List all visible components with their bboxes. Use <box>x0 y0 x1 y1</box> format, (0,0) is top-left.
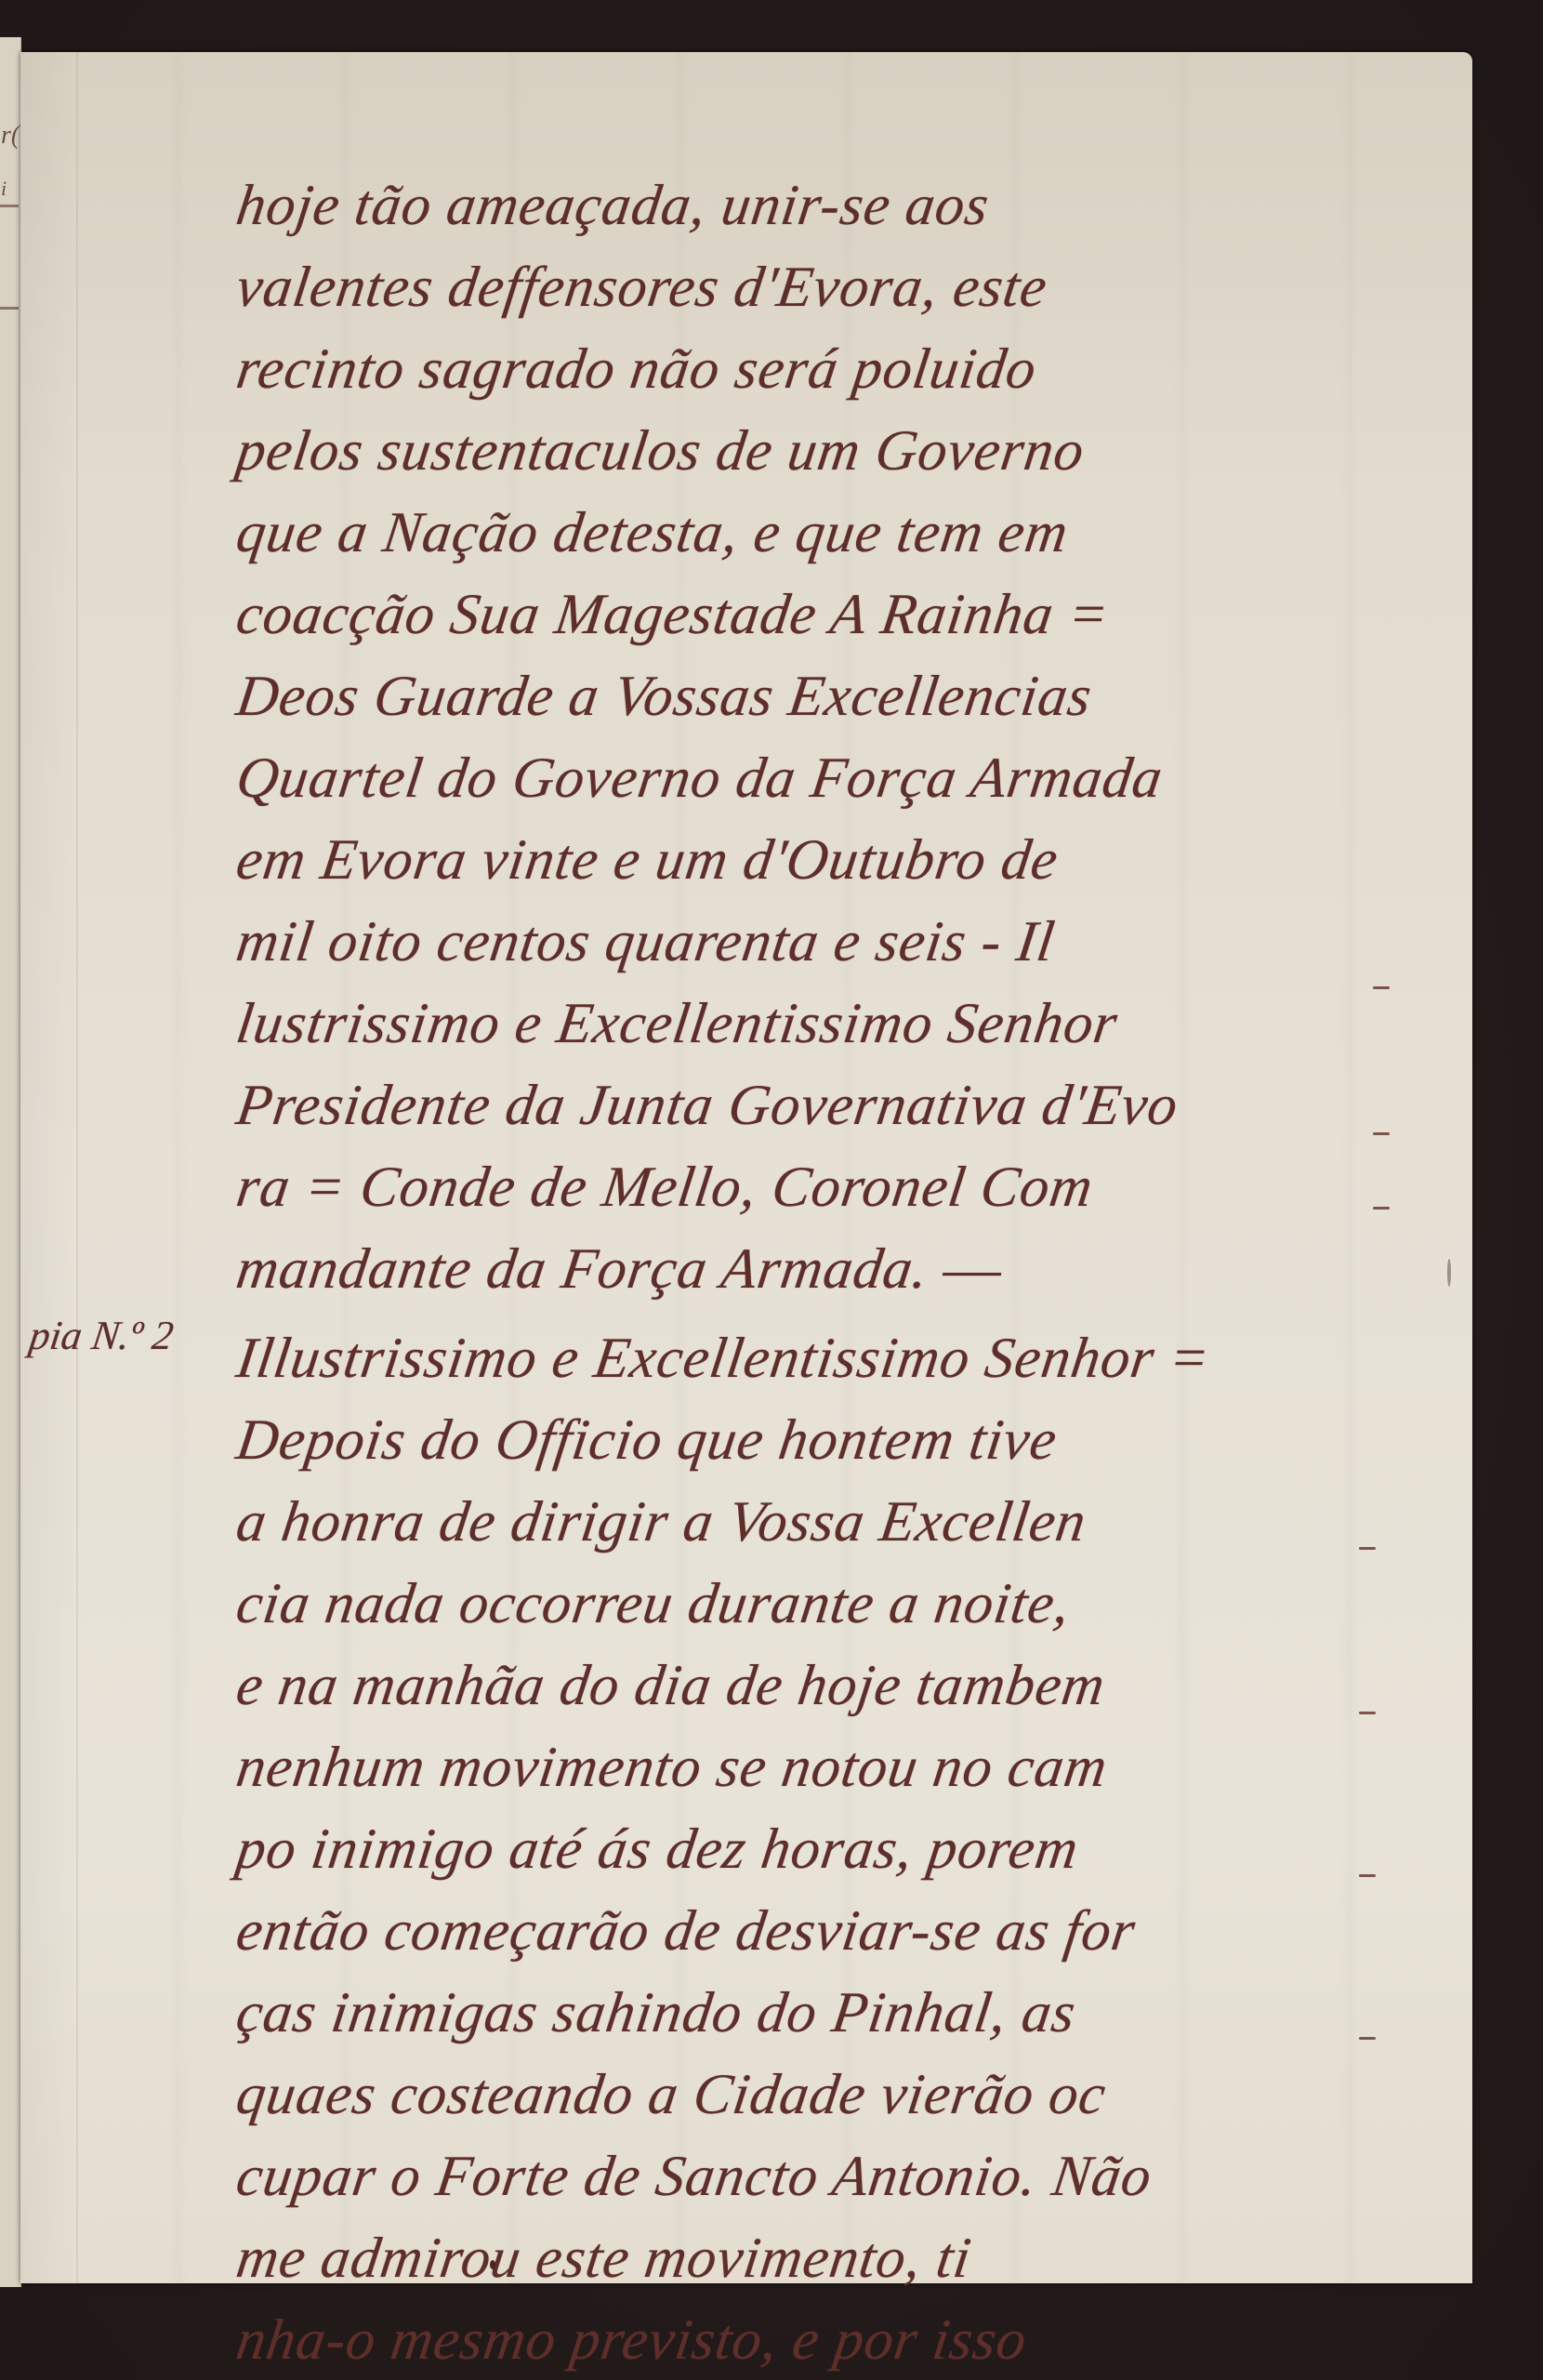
manuscript-line: mandante da Força Armada. ― <box>232 1236 1007 1302</box>
manuscript-line: e na manhãa do dia de hoje tambem <box>232 1653 1110 1719</box>
margin-note-copy-number: pia N.º 2 <box>26 1312 176 1359</box>
manuscript-line: nenhum movimento se notou no cam <box>232 1735 1112 1801</box>
manuscript-page: hoje tão ameaçada, unir-se aos valentes … <box>20 52 1472 2283</box>
manuscript-line: que a Nação detesta, e que tem em <box>232 500 1073 566</box>
manuscript-line: valentes deffensores d'Evora, este <box>232 255 1051 321</box>
manuscript-line: Quartel do Governo da Força Armada <box>232 746 1167 812</box>
line-continuation-mark <box>1373 1207 1390 1210</box>
manuscript-line: quaes costeando a Cidade vierão oc <box>232 2062 1111 2128</box>
line-continuation-mark <box>1359 1874 1376 1877</box>
manuscript-line: ças inimigas sahindo do Pinhal, as <box>232 1980 1080 2046</box>
manuscript-line: mil oito centos quarenta e seis - Il <box>232 909 1059 975</box>
manuscript-line: Illustrissimo e Excellentissimo Senhor = <box>232 1326 1214 1392</box>
manuscript-line: ra = Conde de Mello, Coronel Com <box>232 1155 1098 1221</box>
manuscript-line: po inimigo até ás dez horas, porem <box>232 1817 1083 1883</box>
manuscript-line: recinto sagrado não será poluido <box>232 337 1041 403</box>
manuscript-line: hoje tão ameaçada, unir-se aos <box>232 173 994 239</box>
manuscript-line: a honra de dirigir a Vossa Excellen <box>232 1489 1090 1555</box>
manuscript-line: então começarão de desviar-se as for <box>232 1898 1140 1964</box>
manuscript-line: em Evora vinte e um d'Outubro de <box>232 827 1062 893</box>
line-continuation-mark <box>1359 2037 1376 2040</box>
manuscript-line: Depois do Officio que hontem tive <box>232 1408 1062 1474</box>
line-continuation-mark <box>1359 1712 1376 1714</box>
adjacent-page-edge: r( i <box>0 37 21 2287</box>
page-fold <box>76 52 78 2283</box>
line-continuation-mark <box>1373 1132 1390 1135</box>
line-continuation-mark <box>1373 986 1390 989</box>
manuscript-line: Presidente da Junta Governativa d'Evo <box>232 1073 1182 1139</box>
page-edge-mark <box>1447 1259 1451 1287</box>
manuscript-line: pelos sustentaculos de um Governo <box>232 418 1088 484</box>
manuscript-line: coacção Sua Magestade A Rainha = <box>232 582 1114 648</box>
manuscript-line: Deos Guarde a Vossas Excellencias <box>232 664 1096 730</box>
line-continuation-mark <box>1359 1547 1376 1550</box>
adjacent-page-glyph: r( <box>1 121 20 151</box>
manuscript-line: nha-o mesmo previsto, e por isso <box>232 2307 1031 2373</box>
manuscript-line: cupar o Forte de Sancto Antonio. Não <box>232 2144 1156 2210</box>
adjacent-page-rule <box>0 307 19 310</box>
adjacent-page-rule <box>0 205 19 207</box>
manuscript-line: me admirou este movimento, ti <box>232 2226 975 2292</box>
ink-blot <box>490 2260 495 2269</box>
manuscript-line: lustrissimo e Excellentissimo Senhor <box>232 991 1122 1057</box>
manuscript-line: cia nada occorreu durante a noite, <box>232 1571 1075 1637</box>
adjacent-page-glyph: i <box>1 177 7 201</box>
